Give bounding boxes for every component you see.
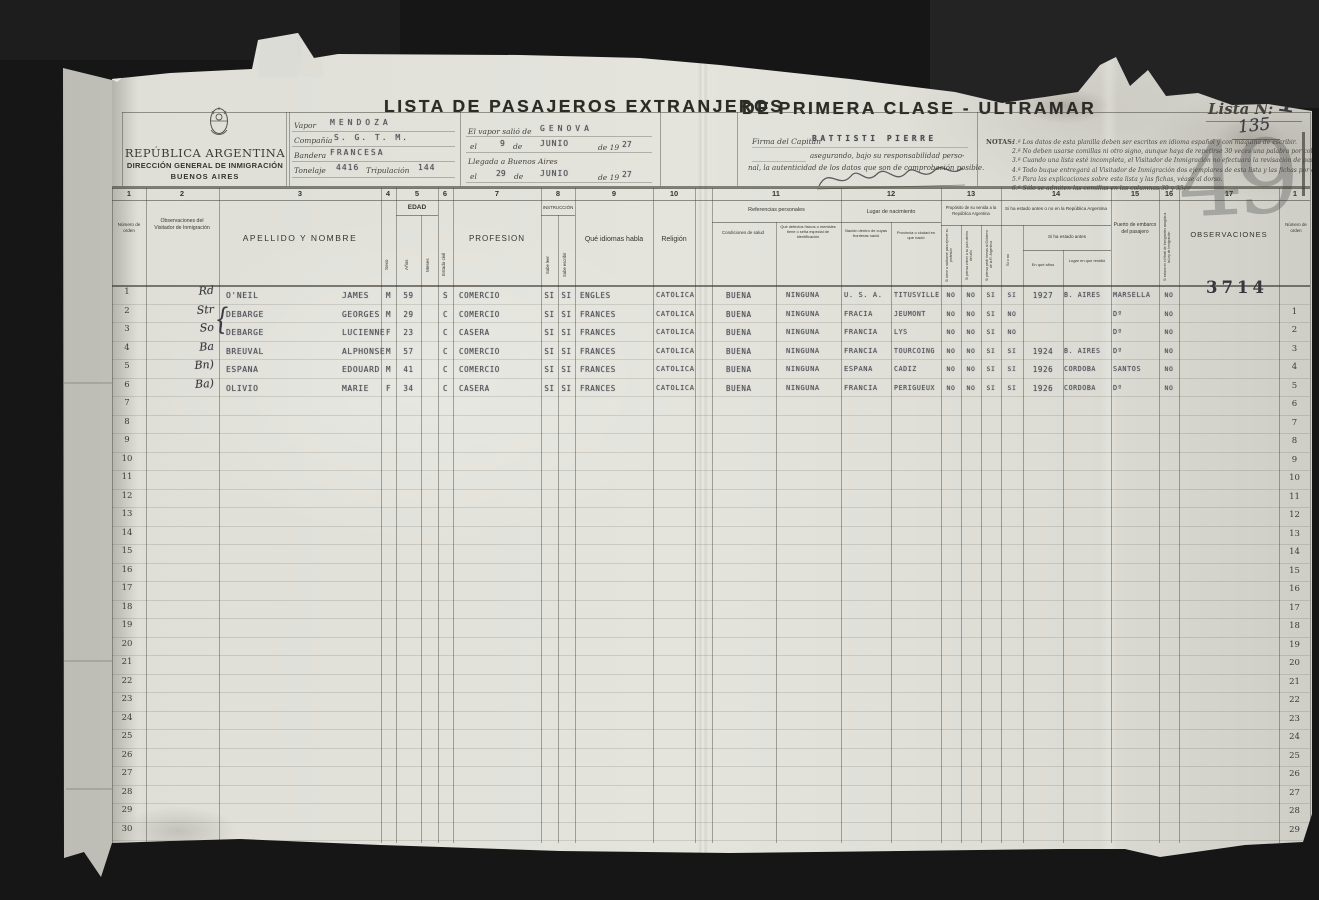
row-6-v13c: SI [981,384,1001,392]
row-line [112,526,1310,527]
col-header-religion: Religión [653,236,695,243]
row-line [112,674,1310,675]
row-4-obs: Ba [148,339,215,357]
row-line [112,692,1310,693]
col-number: 16 [1159,189,1179,198]
row-4-lugar: TOURCOING [894,347,940,355]
row-number-right: 28 [1279,806,1310,816]
row-number-left: 5 [112,361,142,371]
row-3-obs: So [148,321,215,339]
row-line [112,840,1310,841]
row-number-right: 11 [1279,492,1310,502]
row-line [112,766,1310,767]
row-6-anos: 1926 [1023,384,1063,393]
background-shadow [0,0,400,60]
row-4-puerto: Dº [1113,347,1158,355]
row-6-religion: CATOLICA [656,384,696,392]
row-3-nacion: FRANCIA [844,328,890,336]
row-4-salud: BUENA [726,347,774,356]
row-number-right: 20 [1279,658,1310,668]
col-header-lugar-nacimiento: Lugar de nacimiento [841,209,941,215]
col-number: 5 [407,189,427,198]
photographed-ledger-page: LISTA DE PASAJEROS EXTRANJEROS DE PRIMER… [0,0,1319,900]
row-4-defectos: NINGUNA [786,347,840,355]
row-line [112,470,1310,471]
row-5-salud: BUENA [726,365,774,374]
row-number-left: 26 [112,750,142,760]
row-3-sex: F [381,328,396,337]
row-2-obs: Str [148,302,215,320]
row-5-nacion: ESPANA [844,365,890,373]
row-line [112,341,1310,342]
grid-line [112,285,1310,287]
row-2-idioma: FRANCES [580,310,652,319]
row-number-left: 19 [112,620,142,630]
row-number-left: 23 [112,694,142,704]
row-1-v13a: NO [941,291,961,299]
row-5-escribir: SI [558,365,575,374]
row-number-left: 24 [112,713,142,723]
row-number-left: 12 [112,491,142,501]
row-4-v13c: SI [981,347,1001,355]
col-header-observaciones: OBSERVACIONES [1179,230,1279,239]
grid-line [1001,225,1111,226]
row-6-lugar: PERIGUEUX [894,384,940,392]
col-header-proposito-sub1: Si viene a radicarse para ejercer su pro… [945,228,957,282]
col-header-defectos: Qué defectos físicos o mentales tiene o … [779,224,837,240]
row-number-right: 19 [1279,640,1310,650]
col-number: 1 [1285,189,1305,198]
row-4-residio: B. AIRES [1064,347,1110,355]
row-3-v13a: NO [941,328,961,336]
row-5-civil: C [438,365,453,374]
col-header-lugar-residio: Lugar en que residió [1063,258,1111,263]
row-1-civil: S [438,291,453,300]
row-line [112,822,1310,823]
col-number: 14 [1046,189,1066,198]
row-2-escribir: SI [558,310,575,319]
row-4-prof: COMERCIO [459,347,539,356]
row-1-anos: 1927 [1023,291,1063,300]
col-header-condiciones: Condiciones de salud [716,230,770,236]
row-4-religion: CATOLICA [656,347,696,355]
row-line [112,637,1310,638]
row-line [112,729,1310,730]
row-number-left: 17 [112,583,142,593]
row-line [112,378,1310,379]
row-number-right: 14 [1279,547,1310,557]
grid-line [460,112,461,186]
grid-line [961,225,962,843]
row-2-hotel: NO [1159,310,1179,318]
row-4-civil: C [438,347,453,356]
col-header-sexo: Sexo [384,248,389,282]
row-4-v13a: NO [941,347,961,355]
row-6-civil: C [438,384,453,393]
row-1-hotel: NO [1159,291,1179,299]
row-5-defectos: NINGUNA [786,365,840,373]
row-4-surname: BREUVAL [226,347,338,356]
row-1-leer: SI [541,291,558,300]
row-2-puerto: Dº [1113,310,1158,318]
passenger-table: 1234567891011121314151617112345678910111… [0,0,1319,900]
row-3-leer: SI [541,328,558,337]
grid-line [712,222,841,223]
col-header-proposito-sub3: Si piensa pedir tierras al Gobierno de l… [985,228,997,282]
row-number-left: 14 [112,528,142,538]
row-5-puerto: SANTOS [1113,365,1158,373]
row-number-left: 25 [112,731,142,741]
col-number: 11 [766,189,786,198]
row-1-lugar: TITUSVILLE [894,291,940,299]
row-line [112,711,1310,712]
row-4-v13b: NO [961,347,981,355]
col-header-estado-civil: Estado civil [441,244,446,284]
row-6-v13b: NO [961,384,981,392]
row-line [112,748,1310,749]
col-header-puerto: Puerto de embarco del pasajero [1111,222,1159,235]
row-number-left: 2 [112,306,142,316]
grid-line [289,112,290,186]
row-number-left: 21 [112,657,142,667]
col-number: 12 [881,189,901,198]
row-5-v13a: NO [941,365,961,373]
row-2-years: 29 [396,310,421,319]
row-5-surname: ESPANA [226,365,338,374]
grid-line [1023,250,1111,251]
row-5-sex: M [381,365,396,374]
grid-line [541,215,575,216]
row-6-leer: SI [541,384,558,393]
row-number-right: 3 [1279,344,1310,354]
row-2-antes: NO [1001,310,1023,318]
row-3-v13c: SI [981,328,1001,336]
row-6-surname: OLIVIO [226,384,338,393]
row-number-right: 12 [1279,510,1310,520]
col-number: 15 [1125,189,1145,198]
row-line [112,563,1310,564]
row-3-antes: NO [1001,328,1023,336]
row-number-right: 7 [1279,418,1310,428]
row-6-years: 34 [396,384,421,393]
row-line [112,396,1310,397]
row-1-puerto: MARSELLA [1113,291,1158,299]
col-header-instruccion: INSTRUCCIÓN [541,205,575,210]
row-5-idioma: FRANCES [580,365,652,374]
row-5-anos: 1926 [1023,365,1063,374]
col-header-idiomas: Qué idiomas habla [575,236,653,243]
col-header-en-que-anos: En qué años [1023,262,1063,267]
row-3-years: 23 [396,328,421,337]
row-number-right: 4 [1279,362,1310,372]
row-line [112,415,1310,416]
col-number: 9 [604,189,624,198]
row-line [112,322,1310,323]
row-3-v13b: NO [961,328,981,336]
row-4-years: 57 [396,347,421,356]
row-1-years: 59 [396,291,421,300]
row-number-left: 8 [112,417,142,427]
row-number-left: 15 [112,546,142,556]
row-1-salud: BUENA [726,291,774,300]
grid-line [891,222,892,843]
row-3-idioma: FRANCES [580,328,652,337]
grid-line [841,222,941,223]
row-2-prof: COMERCIO [459,310,539,319]
row-6-prof: CASERA [459,384,539,393]
row-4-hotel: NO [1159,347,1179,355]
col-header-apellido: APELLIDO Y NOMBRE [219,233,381,243]
row-3-escribir: SI [558,328,575,337]
observaciones-stamp: 3714 [1206,278,1268,297]
row-number-right: 13 [1279,529,1310,539]
row-number-left: 22 [112,676,142,686]
row-3-surname: DEBARGE [226,328,338,337]
row-number-right: 6 [1279,399,1310,409]
row-5-v13c: SI [981,365,1001,373]
row-number-right: 5 [1279,381,1310,391]
row-2-defectos: NINGUNA [786,310,840,318]
row-3-lugar: LYS [894,328,940,336]
col-header-si-o-no: Sí o no [1006,238,1010,282]
row-5-years: 41 [396,365,421,374]
row-6-nacion: FRANCIA [844,384,890,392]
row-2-v13a: NO [941,310,961,318]
row-1-sex: M [381,291,396,300]
grid-line [776,222,777,843]
row-5-religion: CATOLICA [656,365,696,373]
row-5-residio: CORDOBA [1064,365,1110,373]
row-2-lugar: JEUMONT [894,310,940,318]
row-5-antes: SI [1001,365,1023,373]
col-header-estado-antes: Si ha estado antes o no en la República … [1003,206,1109,212]
row-number-left: 3 [112,324,142,334]
row-number-right: 27 [1279,788,1310,798]
row-4-sex: M [381,347,396,356]
row-5-prof: COMERCIO [459,365,539,374]
row-number-left: 20 [112,639,142,649]
row-line [112,785,1310,786]
row-line [112,359,1310,360]
row-number-left: 27 [112,768,142,778]
col-header-referencias: Referencias personales [712,207,841,213]
row-3-hotel: NO [1159,328,1179,336]
row-1-v13b: NO [961,291,981,299]
row-line [112,452,1310,453]
row-number-right: 9 [1279,455,1310,465]
col-header-sabe-leer: Sabe leer [545,246,550,284]
row-number-left: 30 [112,824,142,834]
row-number-right: 17 [1279,603,1310,613]
grid-line [1063,250,1064,843]
row-6-salud: BUENA [726,384,774,393]
row-6-puerto: Dº [1113,384,1158,392]
row-line [112,803,1310,804]
row-number-left: 7 [112,398,142,408]
col-header-orden-right: Número de orden [1281,222,1311,234]
row-5-hotel: NO [1159,365,1179,373]
row-1-prof: COMERCIO [459,291,539,300]
row-2-v13c: SI [981,310,1001,318]
row-number-left: 11 [112,472,142,482]
row-number-left: 10 [112,454,142,464]
row-number-right: 29 [1279,825,1310,835]
row-number-right: 25 [1279,751,1310,761]
row-4-antes: SI [1001,347,1023,355]
row-line [112,581,1310,582]
row-2-sex: M [381,310,396,319]
row-number-right: 26 [1279,769,1310,779]
grid-line [737,112,738,186]
grid-line [396,215,438,216]
row-6-sex: F [381,384,396,393]
grid-line [112,200,1310,201]
row-1-residio: B. AIRES [1064,291,1110,299]
row-line [112,304,1310,305]
row-4-anos: 1924 [1023,347,1063,356]
row-3-civil: C [438,328,453,337]
row-number-right: 16 [1279,584,1310,594]
row-1-religion: CATOLICA [656,291,696,299]
col-header-proposito: Propósito de su venida a la República Ar… [942,205,1000,216]
grid-line [1023,225,1024,843]
row-2-leer: SI [541,310,558,319]
row-5-v13b: NO [961,365,981,373]
row-6-antes: SI [1001,384,1023,392]
col-number: 10 [664,189,684,198]
row-3-salud: BUENA [726,328,774,337]
row-number-left: 13 [112,509,142,519]
row-number-right: 18 [1279,621,1310,631]
row-number-left: 1 [112,287,142,297]
col-number: 4 [378,189,398,198]
row-number-right: 23 [1279,714,1310,724]
col-header-hotel: Si estuvo en el Hotel de Inmigrantes aco… [1163,212,1175,282]
row-1-surname: O'NEIL [226,291,338,300]
row-number-left: 4 [112,343,142,353]
col-header-anos: Años [404,248,409,282]
row-line [112,544,1310,545]
row-1-v13c: SI [981,291,1001,299]
row-6-escribir: SI [558,384,575,393]
grid-line [286,112,287,186]
row-number-left: 29 [112,805,142,815]
row-6-residio: CORDOBA [1064,384,1110,392]
row-1-idioma: ENGLES [580,291,652,300]
row-number-right: 21 [1279,677,1310,687]
col-number: 3 [290,189,310,198]
row-number-left: 18 [112,602,142,612]
row-4-escribir: SI [558,347,575,356]
col-header-edad: EDAD [396,204,438,211]
row-number-right: 2 [1279,325,1310,335]
grid-line [941,225,1001,226]
col-header-meses: Meses [425,248,430,282]
col-header-observaciones-visitador: Observaciones del Visitador de Inmigraci… [150,218,214,232]
row-number-right: 24 [1279,732,1310,742]
handwritten-family-brace: { [215,302,228,337]
row-number-left: 9 [112,435,142,445]
col-number: 13 [961,189,981,198]
row-number-left: 6 [112,380,142,390]
row-5-leer: SI [541,365,558,374]
col-header-nacion: Nación dentro de cuyas fronteras nació [844,228,888,239]
row-5-obs: Bn) [148,358,215,376]
col-number: 1 [119,189,139,198]
row-4-leer: SI [541,347,558,356]
row-6-idioma: FRANCES [580,384,652,393]
col-header-provincia: Provincia o ciudad en que nació [894,230,938,241]
col-header-proposito-sub2: Si piensa volver a su país dentro del añ… [965,228,977,282]
row-2-nacion: FRACIA [844,310,890,318]
grid-line [122,112,123,186]
row-6-hotel: NO [1159,384,1179,392]
row-2-religion: CATOLICA [656,310,696,318]
row-number-right: 22 [1279,695,1310,705]
col-number: 2 [172,189,192,198]
row-number-right: 1 [1279,307,1310,317]
row-3-prof: CASERA [459,328,539,337]
col-header-si-ha-estado: Si ha estado antes [1023,234,1111,239]
row-line [112,618,1310,619]
row-3-defectos: NINGUNA [786,328,840,336]
row-line [112,655,1310,656]
row-line [112,433,1310,434]
row-2-v13b: NO [961,310,981,318]
row-number-right: 8 [1279,436,1310,446]
col-number: 17 [1219,189,1239,198]
row-6-obs: Ba) [148,376,215,394]
row-number-left: 16 [112,565,142,575]
row-4-idioma: FRANCES [580,347,652,356]
col-header-profesion: PROFESION [453,234,541,243]
row-3-religion: CATOLICA [656,328,696,336]
col-header-orden: Número de orden [113,222,145,234]
col-number: 6 [435,189,455,198]
row-3-puerto: Dº [1113,328,1158,336]
row-1-nacion: U. S. A. [844,291,890,299]
row-5-lugar: CADIZ [894,365,940,373]
row-number-right: 10 [1279,473,1310,483]
row-6-v13a: NO [941,384,961,392]
row-4-nacion: FRANCIA [844,347,890,355]
row-2-civil: C [438,310,453,319]
row-line [112,600,1310,601]
row-1-defectos: NINGUNA [786,291,840,299]
row-6-defectos: NINGUNA [786,384,840,392]
row-line [112,489,1310,490]
grid-line [977,112,978,186]
row-2-surname: DEBARGE [226,310,338,319]
row-2-salud: BUENA [726,310,774,319]
row-1-escribir: SI [558,291,575,300]
col-number: 7 [487,189,507,198]
row-number-right: 15 [1279,566,1310,576]
row-number-left: 28 [112,787,142,797]
grid-line [981,225,982,843]
row-1-antes: SI [1001,291,1023,299]
row-line [112,507,1310,508]
col-number: 8 [548,189,568,198]
col-header-sabe-escribir: Sabe escribir [562,246,567,284]
grid-line [660,112,661,186]
